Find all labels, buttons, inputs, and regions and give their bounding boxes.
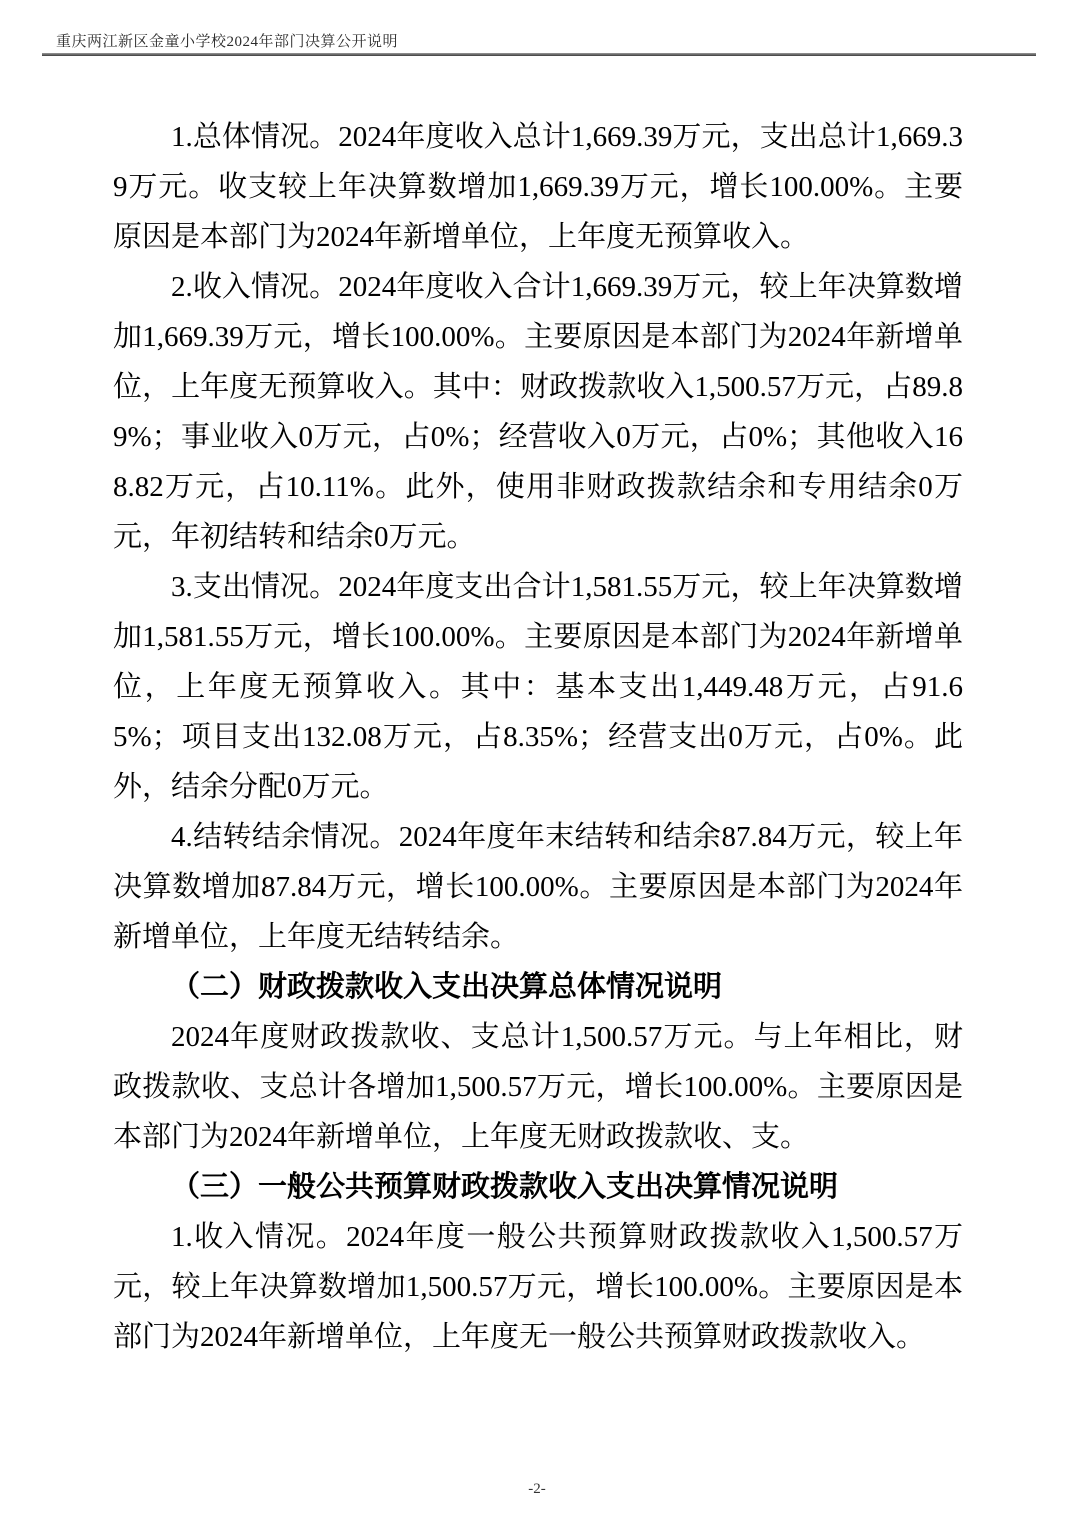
section-heading: （三）一般公共预算财政拨款收入支出决算情况说明 — [113, 1162, 963, 1212]
document-page: 重庆两江新区金童小学校2024年部门决算公开说明 1.总体情况。2024年度收入… — [0, 0, 1074, 1520]
body-paragraph: 1.收入情况。2024年度一般公共预算财政拨款收入1,500.57万元，较上年决… — [113, 1212, 963, 1362]
body-paragraph: 2024年度财政拨款收、支总计1,500.57万元。与上年相比，财政拨款收、支总… — [113, 1012, 963, 1162]
body-paragraph: 2.收入情况。2024年度收入合计1,669.39万元，较上年决算数增加1,66… — [113, 262, 963, 562]
body-paragraph: 4.结转结余情况。2024年度年末结转和结余87.84万元，较上年决算数增加87… — [113, 812, 963, 962]
page-number: -2- — [528, 1481, 546, 1497]
body-paragraph: 3.支出情况。2024年度支出合计1,581.55万元，较上年决算数增加1,58… — [113, 562, 963, 812]
body-paragraph: 1.总体情况。2024年度收入总计1,669.39万元，支出总计1,669.39… — [113, 112, 963, 262]
document-body: 1.总体情况。2024年度收入总计1,669.39万元，支出总计1,669.39… — [113, 112, 963, 1362]
header-divider — [42, 53, 1036, 56]
header-title: 重庆两江新区金童小学校2024年部门决算公开说明 — [56, 34, 398, 50]
section-heading: （二）财政拨款收入支出决算总体情况说明 — [113, 962, 963, 1012]
page-header: 重庆两江新区金童小学校2024年部门决算公开说明 — [56, 30, 398, 51]
page-footer: -2- — [0, 1481, 1074, 1498]
